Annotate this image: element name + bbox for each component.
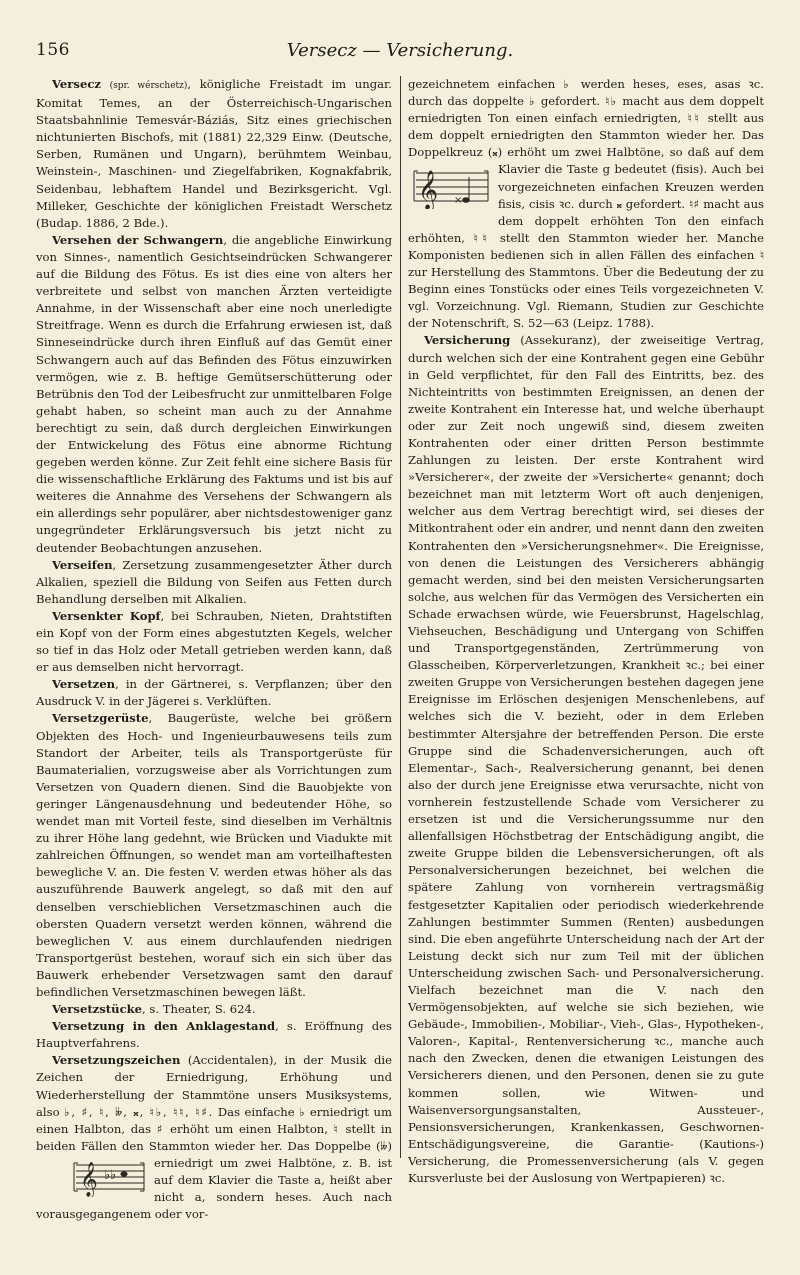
entry-versenkter-kopf: Versenkter Kopf, bei Schrauben, Nieten, … bbox=[36, 608, 392, 676]
entry-text: , s. Theater, S. 624. bbox=[142, 1002, 256, 1016]
music-figure-doppelkreuz: 𝄞 × bbox=[412, 163, 492, 214]
staff-treble-clef-double-flat-icon: 𝄞 ♭♭ bbox=[72, 1157, 148, 1197]
entry-text: , der zweiseitige Vertrag, durch welchen… bbox=[408, 333, 764, 1185]
entry-versetzstuecke: Versetzstücke, s. Theater, S. 624. bbox=[36, 1001, 392, 1018]
parenthetical: (Assekuranz) bbox=[510, 333, 597, 347]
entry-text: gezeichnetem einfachen ♭ werden heses, e… bbox=[408, 77, 764, 159]
headword: Versicherung bbox=[424, 333, 510, 347]
page-header: 156 Versecz — Versicherung. bbox=[36, 40, 764, 64]
continuation-paragraph: gezeichnetem einfachen ♭ werden heses, e… bbox=[408, 76, 764, 332]
svg-text:×: × bbox=[454, 195, 462, 206]
entry-versetzen: Versetzen, in der Gärtnerei, s. Verpflan… bbox=[36, 676, 392, 710]
entry-verseifen: Verseifen, Zersetzung zusammengesetzter … bbox=[36, 557, 392, 608]
entry-versetzgerueste: Versetzgerüste, Baugerüste, welche bei g… bbox=[36, 710, 392, 1001]
entry-text: , königliche Freistadt im ungar. Komitat… bbox=[36, 77, 392, 230]
left-column: Versecz (spr. wérschetz), königliche Fre… bbox=[36, 76, 392, 1236]
headword: Versetzen bbox=[52, 677, 115, 691]
two-column-body: Versecz (spr. wérschetz), königliche Fre… bbox=[36, 76, 764, 1236]
pronunciation: (spr. wérschetz) bbox=[110, 81, 188, 91]
headword: Versenkter Kopf bbox=[52, 609, 161, 623]
svg-text:𝄞: 𝄞 bbox=[80, 1162, 98, 1197]
entry-text: , die angebliche Einwirkung von Sinnes-,… bbox=[36, 233, 392, 555]
entry-versetzung-anklagestand: Versetzung in den Anklagestand, s. Eröff… bbox=[36, 1018, 392, 1052]
headword: Versecz bbox=[52, 77, 101, 91]
staff-treble-clef-double-sharp-icon: 𝄞 × bbox=[412, 163, 492, 209]
entry-versehen: Versehen der Schwangern, die angebliche … bbox=[36, 232, 392, 557]
headword: Versetzung in den Anklagestand bbox=[52, 1019, 275, 1033]
right-column: gezeichnetem einfachen ♭ werden heses, e… bbox=[408, 76, 764, 1236]
svg-text:𝄞: 𝄞 bbox=[418, 170, 438, 209]
headword: Versetzstücke bbox=[52, 1002, 142, 1016]
music-figure-doppelbe: 𝄞 ♭♭ bbox=[56, 1157, 148, 1202]
entry-versecz: Versecz (spr. wérschetz), königliche Fre… bbox=[36, 76, 392, 232]
column-divider bbox=[400, 76, 401, 1158]
accidental-glyphs: ♭, ♯, ♮, 𝄫, 𝄪, ♮♭, ♮♮, ♮♯. bbox=[64, 1105, 213, 1119]
entry-text: , Baugerüste, welche bei größern Objekte… bbox=[36, 711, 392, 999]
entry-versetzungszeichen: Versetzungszeichen (Accidentalen), in de… bbox=[36, 1052, 392, 1223]
running-head: Versecz — Versicherung. bbox=[36, 40, 764, 61]
headword: Versehen der Schwangern bbox=[52, 233, 223, 247]
svg-text:♭♭: ♭♭ bbox=[104, 1168, 116, 1183]
headword: Versetzgerüste bbox=[52, 711, 149, 725]
headword: Versetzungszeichen bbox=[52, 1053, 180, 1067]
entry-versicherung: Versicherung (Assekuranz), der zweiseiti… bbox=[408, 332, 764, 1187]
headword: Verseifen bbox=[52, 558, 113, 572]
